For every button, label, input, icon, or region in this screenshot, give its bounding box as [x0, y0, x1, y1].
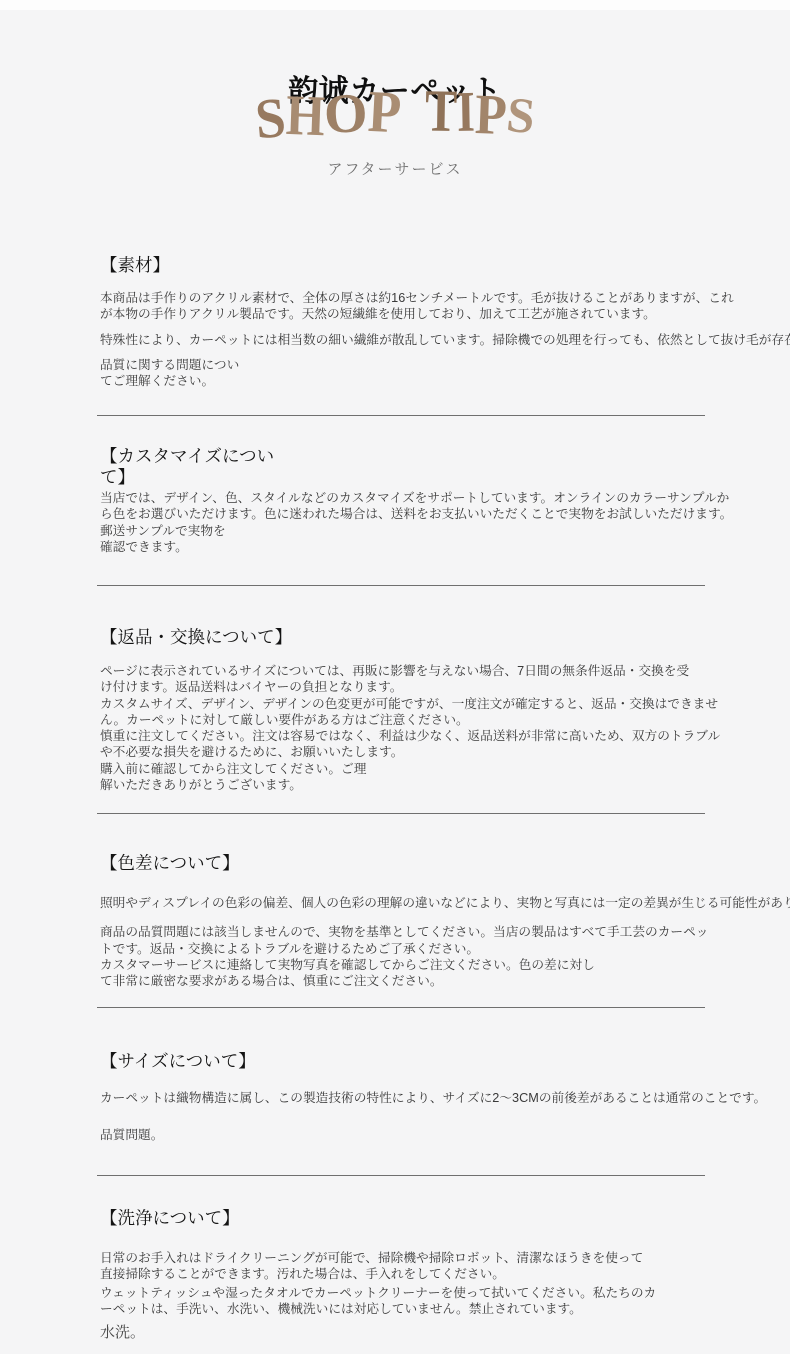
- section-size-heading: 【サイズについて】: [100, 1051, 790, 1072]
- section-material-paragraph: 品質に関する問題につい てご理解ください。: [100, 357, 790, 390]
- section-color-paragraph: カスタマーサービスに連絡して実物写真を確認してからご注文ください。色の差に対し …: [100, 957, 790, 990]
- section-divider: [97, 1175, 705, 1176]
- section-divider: [97, 415, 705, 416]
- section-size: 【サイズについて】 カーペットは織物構造に属し、この製造技術の特性により、サイズ…: [100, 1051, 790, 1144]
- section-color-difference: 【色差について】 照明やディスプレイの色彩の偏差、個人の色彩の理解の違いなどによ…: [100, 853, 790, 989]
- section-returns: 【返品・交換について】 ページに表示されているサイズについては、再販に影響を与え…: [100, 627, 790, 793]
- section-divider: [97, 585, 705, 586]
- after-service-subtitle: アフターサービス: [0, 158, 790, 179]
- section-washing-paragraph: ウェットティッシュや湿ったタオルでカーペットクリーナーを使って拭いてください。私…: [100, 1285, 790, 1318]
- section-material: 【素材】 本商品は手作りのアクリル素材で、全体の厚さは約16センチメートルです。…: [100, 255, 790, 389]
- section-returns-paragraph: カスタムサイズ、デザイン、デザインの色変更が可能ですが、一度注文が確定すると、返…: [100, 696, 790, 729]
- section-customize-heading: 【カスタマイズについ て】: [100, 446, 790, 487]
- top-white-strip: [0, 0, 790, 10]
- section-washing-heading: 【洗浄について】: [100, 1208, 790, 1229]
- section-color-paragraph: 照明やディスプレイの色彩の偏差、個人の色彩の理解の違いなどにより、実物と写真には…: [100, 895, 790, 911]
- section-customize-paragraph: 当店では、デザイン、色、スタイルなどのカスタマイズをサポートしています。オンライ…: [100, 490, 790, 555]
- section-color-heading: 【色差について】: [100, 853, 790, 874]
- section-returns-paragraph: ページに表示されているサイズについては、再販に影響を与えない場合、7日間の無条件…: [100, 663, 790, 696]
- section-customize: 【カスタマイズについ て】 当店では、デザイン、色、スタイルなどのカスタマイズを…: [100, 446, 790, 555]
- section-material-paragraph: 本商品は手作りのアクリル素材で、全体の厚さは約16センチメートルです。毛が抜ける…: [100, 290, 790, 323]
- section-divider: [97, 1007, 705, 1008]
- section-size-paragraph: 品質問題。: [100, 1127, 790, 1143]
- section-divider: [97, 813, 705, 814]
- section-material-heading: 【素材】: [100, 255, 790, 276]
- section-returns-heading: 【返品・交換について】: [100, 627, 790, 648]
- section-color-paragraph: 商品の品質問題には該当しませんので、実物を基準としてください。当店の製品はすべて…: [100, 924, 790, 957]
- section-size-paragraph: カーペットは織物構造に属し、この製造技術の特性により、サイズに2～3CMの前後差…: [100, 1090, 790, 1106]
- section-washing: 【洗浄について】 日常のお手入れはドライクリーニングが可能で、掃除機や掃除ロボッ…: [100, 1208, 790, 1342]
- section-washing-paragraph: 日常のお手入れはドライクリーニングが可能で、掃除機や掃除ロボット、清潔なほうきを…: [100, 1250, 790, 1283]
- section-washing-paragraph: 水洗。: [100, 1324, 790, 1342]
- section-material-paragraph: 特殊性により、カーペットには相当数の細い繊維が散乱しています。掃除機での処理を行…: [100, 332, 790, 348]
- section-returns-paragraph: 購入前に確認してから注文してください。ご理 解いただきありがとうございます。: [100, 761, 790, 794]
- section-returns-paragraph: 慎重に注文してください。注文は容易ではなく、利益は少なく、返品送料が非常に高いた…: [100, 728, 790, 761]
- shop-tips-decoration: SHOPTIPS: [0, 84, 790, 147]
